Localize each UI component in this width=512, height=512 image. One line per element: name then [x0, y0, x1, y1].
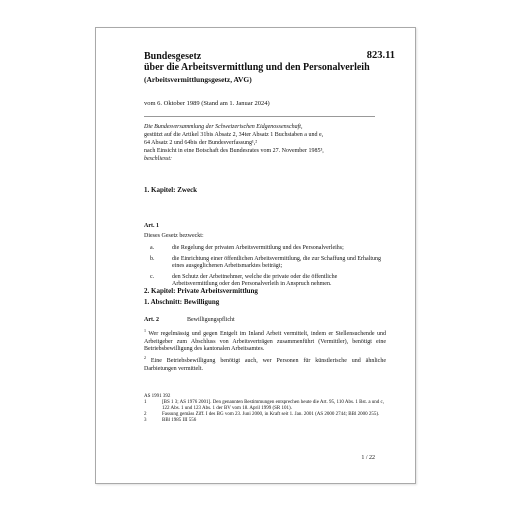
- title-line-1: Bundesgesetz: [144, 51, 201, 62]
- date-line: vom 6. Oktober 1989 (Stand am 1. Januar …: [144, 100, 270, 107]
- page-number: 1 / 22: [361, 455, 375, 461]
- divider: [144, 116, 375, 117]
- preamble-closing: beschliesst:: [144, 155, 324, 163]
- article-1-intro: Dieses Gesetz bezweckt:: [144, 233, 204, 241]
- list-item: a. die Regelung der privaten Arbeitsverm…: [144, 245, 384, 253]
- sr-number: 823.11: [367, 50, 395, 61]
- article-2-title: Bewilligungspflicht: [187, 317, 235, 325]
- list-item: b. die Einrichtung einer öffentlichen Ar…: [144, 256, 384, 271]
- preamble: Die Bundesversammlung der Schweizerische…: [144, 123, 324, 163]
- footnote: 3 BBl 1985 III 556: [144, 418, 384, 424]
- preamble-line: gestützt auf die Artikel 31bis Absatz 2,…: [144, 131, 324, 139]
- preamble-line: nach Einsicht in eine Botschaft des Bund…: [144, 147, 324, 155]
- article-1-list: a. die Regelung der privaten Arbeitsverm…: [144, 245, 384, 292]
- short-title: (Arbeitsvermittlungsgesetz, AVG): [144, 75, 252, 84]
- preamble-intro: Die Bundesversammlung der Schweizerische…: [144, 123, 324, 131]
- article-2-label: Art. 2: [144, 317, 159, 323]
- footnotes: AS 1991 392 1 [BS 1 3; AS 1976 2001]. De…: [144, 394, 384, 424]
- article-2-paragraph-1: 1 Wer regelmässig und gegen Entgelt im I…: [144, 327, 386, 354]
- article-2-paragraph-2: 2 Eine Betriebsbewilligung benötigt auch…: [144, 354, 386, 373]
- title-line-2: über die Arbeitsvermittlung und den Pers…: [144, 62, 370, 73]
- preamble-line: 64 Absatz 2 und 64bis der Bundesverfassu…: [144, 139, 324, 147]
- chapter-1-heading: 1. Kapitel: Zweck: [144, 186, 197, 194]
- footnote: 1 [BS 1 3; AS 1976 2001]. Den genannten …: [144, 400, 384, 412]
- section-1-heading: 1. Abschnitt: Bewilligung: [144, 298, 219, 306]
- article-1-label: Art. 1: [144, 223, 159, 229]
- document-page: 823.11 Bundesgesetz über die Arbeitsverm…: [95, 27, 416, 484]
- chapter-2-heading: 2. Kapitel: Private Arbeitsvermittlung: [144, 287, 258, 295]
